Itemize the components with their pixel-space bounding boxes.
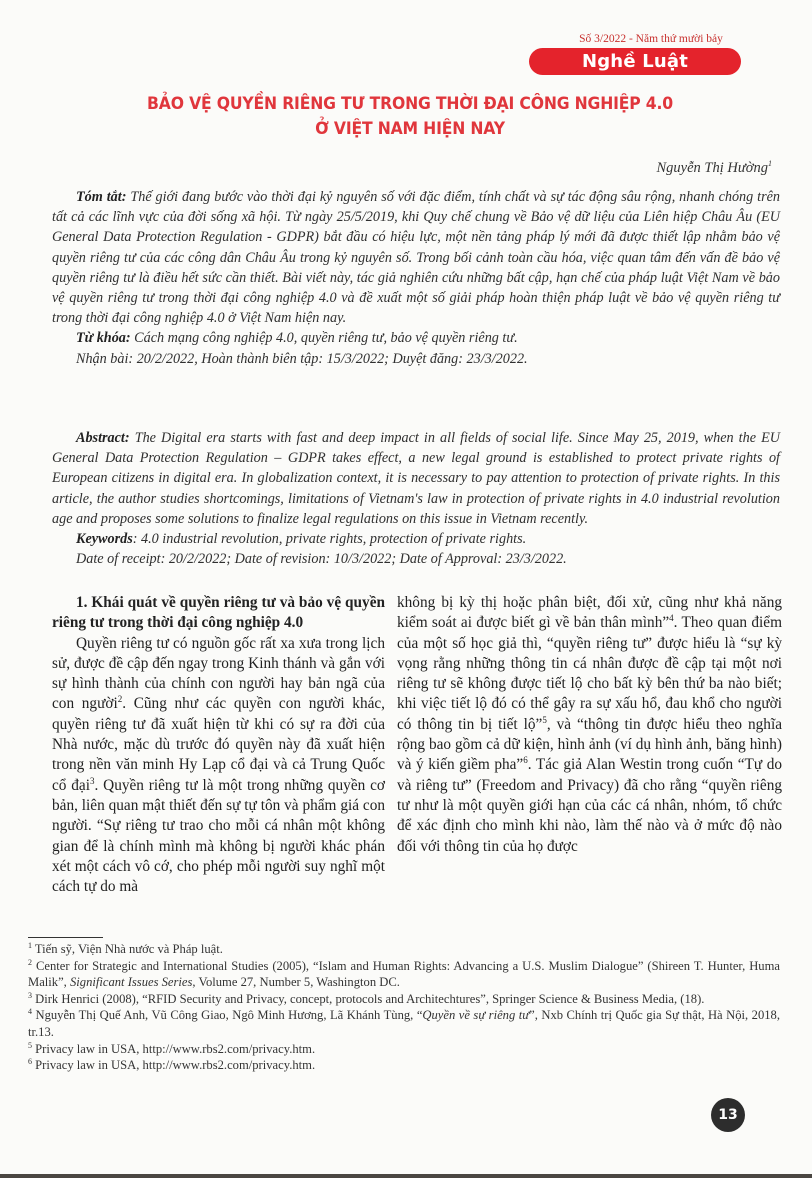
abstract-english: Abstract: The Digital era starts with fa…: [52, 428, 780, 569]
abstract-en-label: Abstract:: [76, 430, 130, 446]
keywords-en-label: Keywords: [76, 531, 133, 547]
author-footnote-ref[interactable]: 1: [768, 159, 772, 168]
abstract-vietnamese: Tóm tắt: Thế giới đang bước vào thời đại…: [52, 187, 780, 369]
abstract-vi-text: Thế giới đang bước vào thời đại kỷ nguyê…: [52, 189, 780, 326]
body-paragraph: Quyền riêng tư có nguồn gốc rất xa xưa t…: [52, 634, 385, 898]
scan-edge: [0, 1174, 812, 1178]
title-line-2: Ở VIỆT NAM HIỆN NAY: [70, 117, 751, 142]
body-text: . Quyền riêng tư là một trong những quyề…: [52, 777, 385, 895]
article-title: BẢO VỆ QUYỀN RIÊNG TƯ TRONG THỜI ĐẠI CÔN…: [70, 92, 751, 142]
footnote-text: Tiến sỹ, Viện Nhà nước và Pháp luật.: [32, 942, 223, 956]
dates-en: Date of receipt: 20/2/2022; Date of revi…: [52, 549, 780, 569]
section-heading: 1. Khái quát về quyền riêng tư và bảo vệ…: [52, 593, 385, 634]
keywords-vi-label: Từ khóa:: [76, 330, 131, 346]
keywords-vi-text: Cách mạng công nghiệp 4.0, quyền riêng t…: [134, 330, 518, 346]
footnote-text: Privacy law in USA, http://www.rbs2.com/…: [32, 1058, 315, 1072]
journal-page: Số 3/2022 - Năm thứ mười bảy Nghề Luật B…: [0, 0, 812, 1178]
footnote-text: Nguyễn Thị Quế Anh, Vũ Công Giao, Ngô Mi…: [32, 1008, 422, 1022]
footnote-3: 3 Dirk Henrici (2008), “RFID Security an…: [28, 991, 780, 1008]
section-badge: Nghề Luật: [529, 48, 741, 75]
footnote-1: 1 Tiến sỹ, Viện Nhà nước và Pháp luật.: [28, 941, 780, 958]
footnote-5: 5 Privacy law in USA, http://www.rbs2.co…: [28, 1041, 780, 1058]
author-name: Nguyễn Thị Hường: [656, 160, 768, 176]
title-line-1: BẢO VỆ QUYỀN RIÊNG TƯ TRONG THỜI ĐẠI CÔN…: [70, 92, 751, 117]
footnotes: 1 Tiến sỹ, Viện Nhà nước và Pháp luật. 2…: [28, 941, 780, 1074]
body-column-left: 1. Khái quát về quyền riêng tư và bảo vệ…: [52, 593, 385, 897]
issue-line: Số 3/2022 - Năm thứ mười bảy: [566, 33, 736, 45]
abstract-vi-paragraph: Tóm tắt: Thế giới đang bước vào thời đại…: [52, 187, 780, 328]
footnote-series-title: Significant Issues Series: [70, 975, 192, 989]
footnote-6: 6 Privacy law in USA, http://www.rbs2.co…: [28, 1057, 780, 1074]
footnote-2: 2 Center for Strategic and International…: [28, 958, 780, 991]
footnote-4: 4 Nguyễn Thị Quế Anh, Vũ Công Giao, Ngô …: [28, 1007, 780, 1040]
footnote-text: Privacy law in USA, http://www.rbs2.com/…: [32, 1042, 315, 1056]
footnote-book-title: Quyền về sự riêng tư: [422, 1008, 529, 1022]
keywords-en-text: : 4.0 industrial revolution, private rig…: [133, 531, 526, 547]
footnote-text: Dirk Henrici (2008), “RFID Security and …: [32, 992, 704, 1006]
page-number-badge: 13: [711, 1098, 745, 1132]
abstract-vi-label: Tóm tắt:: [76, 189, 126, 205]
dates-vi: Nhận bài: 20/2/2022, Hoàn thành biên tập…: [52, 349, 780, 369]
footnote-divider: [28, 937, 103, 938]
keywords-vi: Từ khóa: Cách mạng công nghiệp 4.0, quyề…: [52, 328, 780, 348]
abstract-en-text: The Digital era starts with fast and dee…: [52, 430, 780, 527]
abstract-en-paragraph: Abstract: The Digital era starts with fa…: [52, 428, 780, 529]
keywords-en: Keywords: 4.0 industrial revolution, pri…: [52, 529, 780, 549]
footnote-text: , Volume 27, Number 5, Washington DC.: [192, 975, 399, 989]
body-paragraph: không bị kỳ thị hoặc phân biệt, đối xử, …: [397, 593, 782, 857]
body-column-right: không bị kỳ thị hoặc phân biệt, đối xử, …: [397, 593, 782, 857]
author-byline: Nguyễn Thị Hường1: [656, 160, 772, 177]
